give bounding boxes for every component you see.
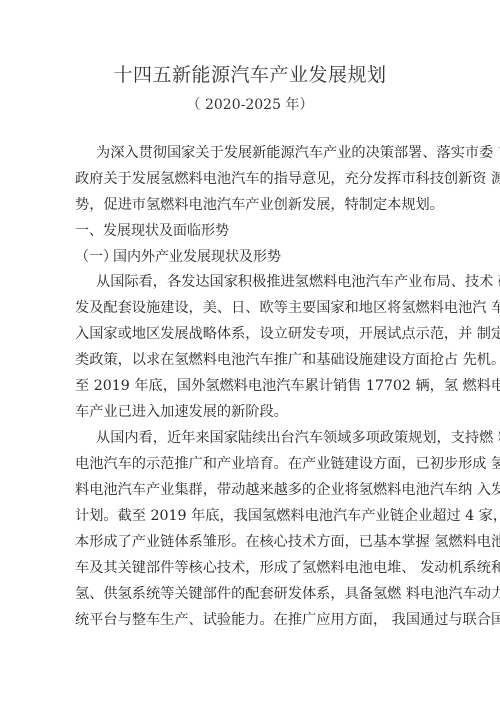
paragraph-line: 料电池汽车产业集群，带动越来越多的企业将氢燃料电池汽车纳 入发展	[75, 480, 465, 500]
paragraph-line: 车及其关键部件等核心技术，形成了氢燃料电池电堆、 发动机系统和储	[75, 558, 465, 578]
document-subtitle: （ 2020-2025 年）	[0, 94, 500, 114]
intro-line: 势，促进市氢燃料电池汽车产业创新发展，特制定本规划。	[75, 195, 465, 215]
section-heading: 一、发展现状及面临形势	[75, 220, 229, 240]
subsection-number: （一）	[75, 246, 117, 266]
paragraph-line: 入国家或地区发展战略体系，设立研发专项，开展试点示范，并 制定各	[75, 324, 465, 344]
intro-line: 政府关于发展氢燃料电池汽车的指导意见，充分发挥市科技创新资 源优	[75, 169, 465, 189]
paragraph-line: 从国际看，各发达国家积极推进氢燃料电池汽车产业布局、技术 研	[96, 272, 465, 292]
paragraph-line: 从国内看，近年来国家陆续出台汽车领域多项政策规划，支持燃 料	[96, 428, 465, 448]
document-title: 十四五新能源汽车产业发展规划	[0, 60, 500, 87]
intro-line: 为深入贯彻国家关于发展新能源汽车产业的决策部署、落实市委 市	[96, 143, 465, 163]
document-page: 十四五新能源汽车产业发展规划 （ 2020-2025 年） 为深入贯彻国家关于发…	[0, 0, 500, 707]
paragraph-line: 本形成了产业链体系雏形。在核心技术方面，已基本掌握 氢燃料电池汽	[75, 532, 465, 552]
paragraph-line: 电池汽车的示范推广和产业培育。在产业链建设方面，已初步形成 氢燃	[75, 454, 465, 474]
paragraph-line: 计划。截至 2019 年底，我国氢燃料电池汽车产业链企业超过 4 家，基	[75, 506, 465, 526]
paragraph-line: 至 2019 年底，国外氢燃料电池汽车累计销售 17702 辆，氢 燃料电池汽	[75, 376, 465, 396]
paragraph-line: 统平台与整车生产、试验能力。在推广应用方面， 我国通过与联合国开	[75, 610, 465, 630]
paragraph-line: 类政策，以求在氢燃料电池汽车推广和基础设施建设方面抢占 先机。截	[75, 350, 465, 370]
subsection-heading: 国内外产业发展现状及形势	[113, 246, 281, 266]
paragraph-line: 车产业已进入加速发展的新阶段。	[75, 402, 465, 422]
paragraph-line: 氢、供氢系统等关键部件的配套研发体系，具备氢燃 料电池汽车动力系	[75, 584, 465, 604]
paragraph-line: 发及配套设施建设，美、日、欧等主要国家和地区将氢燃料电池汽 车纳	[75, 298, 465, 318]
